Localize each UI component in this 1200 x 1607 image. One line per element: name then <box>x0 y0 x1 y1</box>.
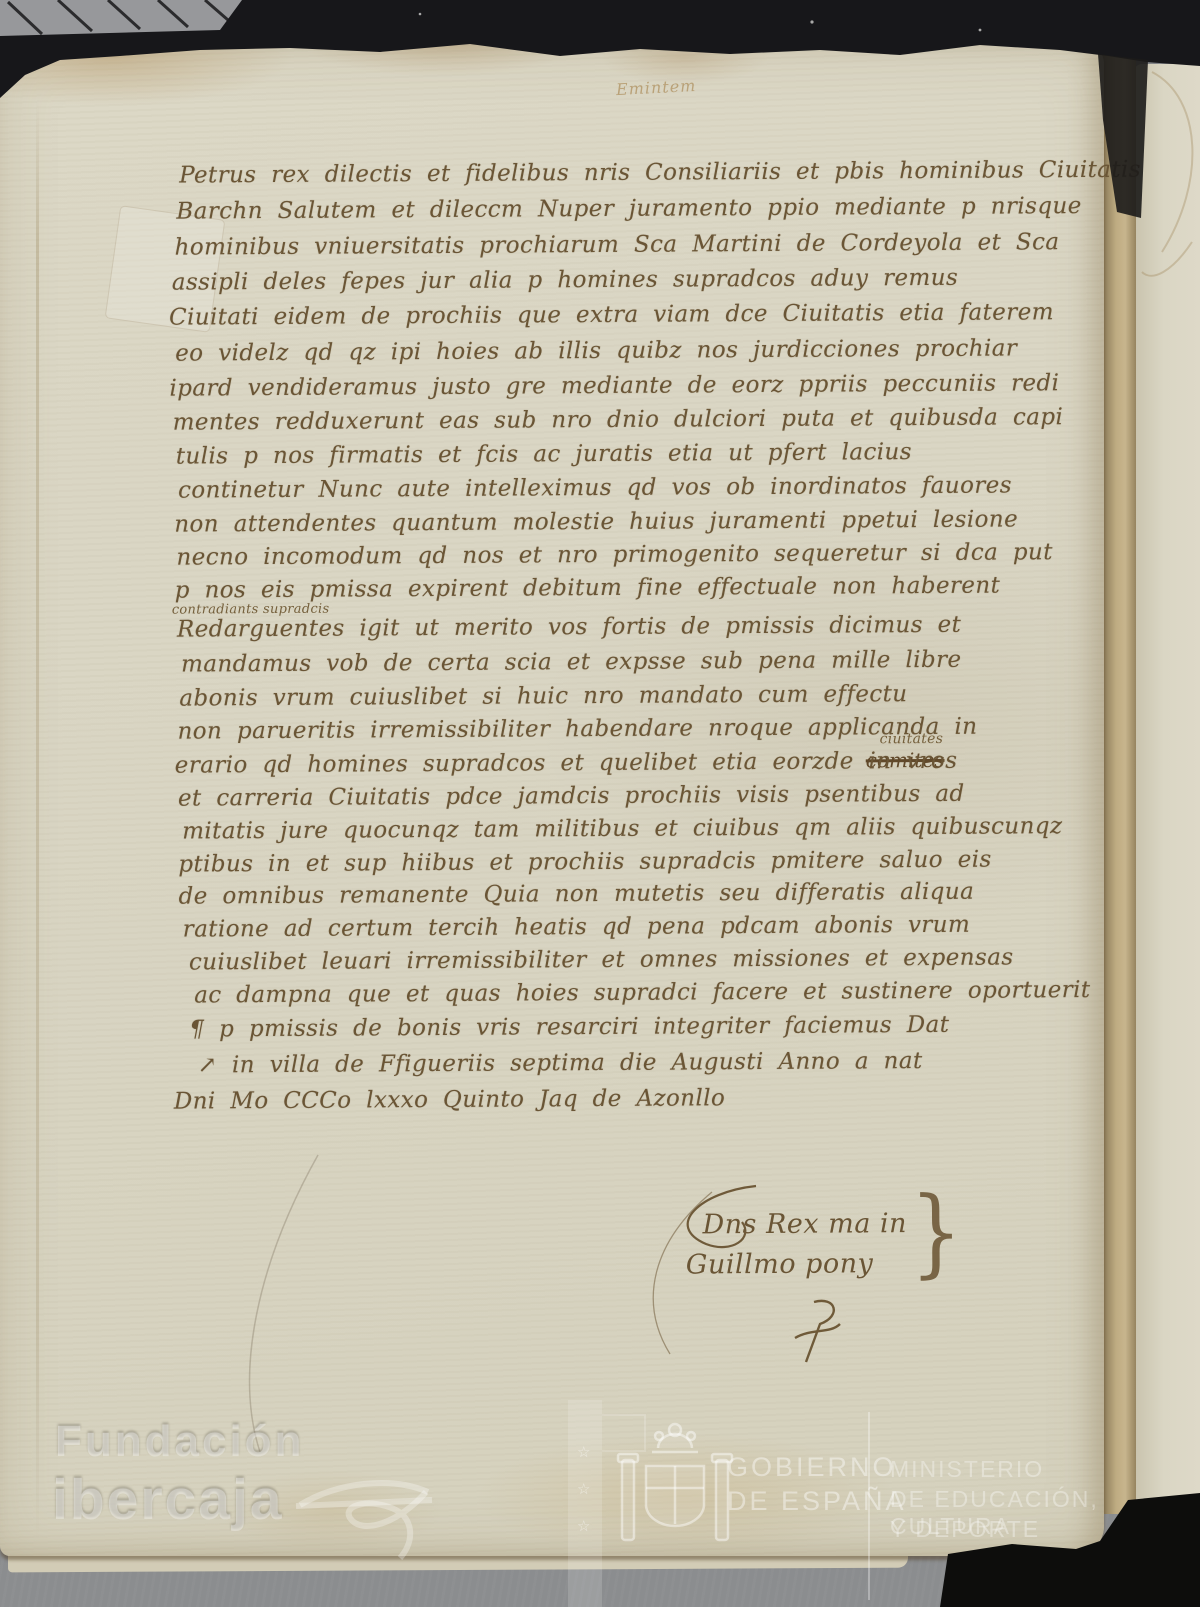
manuscript-line: de omnibus remanente Quia non mutetis se… <box>178 879 974 910</box>
manuscript-line: hominibus vniuersitatis prochiarum Sca M… <box>175 229 1060 260</box>
manuscript-line: Dni Mo CCCo lxxxo Quinto Jaq de Azonllo <box>174 1085 726 1114</box>
manuscript-line: assipli deles fepes jur alia p homines s… <box>172 265 958 296</box>
manuscript-line: ratione ad certum tercih heatis qd pena … <box>183 912 971 943</box>
manuscript-line: Ciuitati eidem de prochiis que extra via… <box>169 299 1054 330</box>
manuscript-line: abonis vrum cuiuslibet si huic nro manda… <box>179 681 907 711</box>
manuscript-line: ac dampna que et quas hoies supradci fac… <box>194 977 1091 1008</box>
manuscript-line: non parueritis irremissibiliter habendar… <box>177 714 977 745</box>
manuscript-line: Petrus rex dilectis et fidelibus nris Co… <box>179 157 1141 189</box>
manuscript-line: eo videlz qd qz ipi hoies ab illis quibz… <box>175 335 1017 366</box>
manuscript-line: erario qd homines supradcos et quelibet … <box>175 748 958 779</box>
manuscript-line: mandamus vob de certa scia et expsse sub… <box>181 647 961 678</box>
manuscript-line: Barchn Salutem et dileccm Nuper jurament… <box>176 193 1081 225</box>
manuscript-text-block: contradiants supradcis ciuitates comites… <box>0 0 1200 1607</box>
manuscript-line: cuiuslibet leuari irremissibiliter et om… <box>189 944 1014 975</box>
manuscript-line: p nos eis pmissa expirent debitum fine e… <box>175 573 1001 604</box>
manuscript-line: ↗ in villa de Ffigueriis septima die Aug… <box>198 1048 923 1078</box>
manuscript-line: non attendentes quantum molestie huius j… <box>174 506 1018 537</box>
manuscript-line: continetur Nunc aute intelleximus qd vos… <box>178 472 1012 503</box>
manuscript-line: ipard vendideramus justo gre mediante de… <box>169 370 1059 401</box>
manuscript-line: ¶ p pmissis de bonis vris resarciri inte… <box>189 1012 949 1043</box>
manuscript-line: et carreria Ciuitatis pdce jamdcis proch… <box>178 781 965 812</box>
manuscript-line: necno incomodum qd nos et nro primogenit… <box>176 539 1053 570</box>
manuscript-line: Redarguentes igit ut merito vos fortis d… <box>177 612 962 643</box>
manuscript-line: ptibus in et sup hiibus et prochiis supr… <box>178 847 991 878</box>
signature-line-2: Guillmo pony <box>686 1248 874 1280</box>
manuscript-photo: Emintem contradiants supradcis ciuitates… <box>0 0 1200 1607</box>
signature-line-1: Dns Rex ma in <box>702 1208 907 1240</box>
signature-brace: } <box>910 1176 963 1288</box>
manuscript-line: mentes redduxerunt eas sub nro dnio dulc… <box>173 404 1064 435</box>
manuscript-line: tulis p nos firmatis et fcis ac juratis … <box>176 439 912 469</box>
manuscript-line: mitatis jure quocunqz tam militibus et c… <box>182 813 1062 844</box>
